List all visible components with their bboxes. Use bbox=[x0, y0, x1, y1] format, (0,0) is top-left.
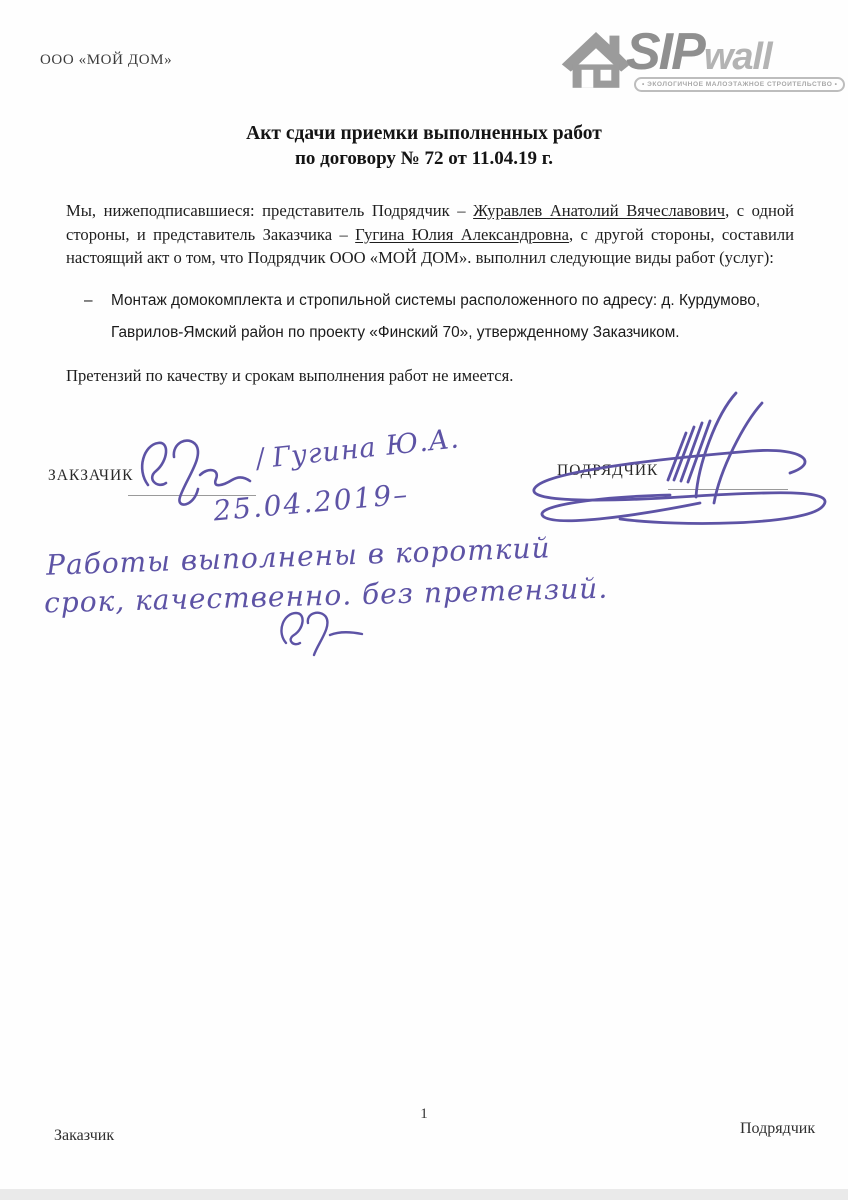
footer-contractor-label: Подрядчик bbox=[740, 1120, 815, 1138]
contractor-signature-ink bbox=[500, 385, 848, 543]
customer-representative-name: Гугина Юлия Александровна bbox=[355, 225, 569, 244]
contractor-representative-name: Журавлев Анатолий Вячеславович bbox=[473, 201, 725, 220]
scan-edge-artifact bbox=[0, 1189, 848, 1200]
no-claims-statement: Претензий по качеству и срокам выполнени… bbox=[66, 366, 513, 386]
scanned-document-page: ООО «МОЙ ДОМ» SIPwall • ЭКОЛОГИЧНОЕ МАЛО… bbox=[0, 0, 848, 1200]
brand-sip: SIP bbox=[626, 23, 704, 81]
footer-customer-label: Заказчик bbox=[54, 1127, 114, 1145]
document-title-line1: Акт сдачи приемки выполненных работ bbox=[0, 123, 848, 145]
sipwall-logo: SIPwall • ЭКОЛОГИЧНОЕ МАЛОЭТАЖНОЕ СТРОИТ… bbox=[560, 20, 825, 108]
list-dash-marker: – bbox=[84, 285, 111, 349]
page-number: 1 bbox=[0, 1106, 848, 1123]
brand-wall: wall bbox=[704, 36, 772, 78]
house-icon bbox=[560, 26, 632, 92]
note-signature-ink bbox=[268, 605, 380, 661]
work-item-text: Монтаж домокомплекта и стропильной систе… bbox=[111, 285, 774, 349]
customer-signature-label: ЗАКЗАЧИК bbox=[48, 467, 134, 485]
customer-handwritten-name: Гугина Ю.А. bbox=[271, 423, 461, 473]
brand-wordmark: SIPwall bbox=[626, 22, 772, 82]
company-name: ООО «МОЙ ДОМ» bbox=[40, 52, 172, 69]
logo-tagline: • ЭКОЛОГИЧНОЕ МАЛОЭТАЖНОЕ СТРОИТЕЛЬСТВО … bbox=[634, 77, 845, 92]
intro-text-1: Мы, нижеподписавшиеся: представитель Под… bbox=[66, 201, 473, 220]
handwritten-slash: / bbox=[253, 443, 268, 474]
work-list-item: – Монтаж домокомплекта и стропильной сис… bbox=[84, 285, 774, 349]
intro-paragraph: Мы, нижеподписавшиеся: представитель Под… bbox=[66, 199, 794, 270]
document-title-line2: по договору № 72 от 11.04.19 г. bbox=[0, 148, 848, 170]
